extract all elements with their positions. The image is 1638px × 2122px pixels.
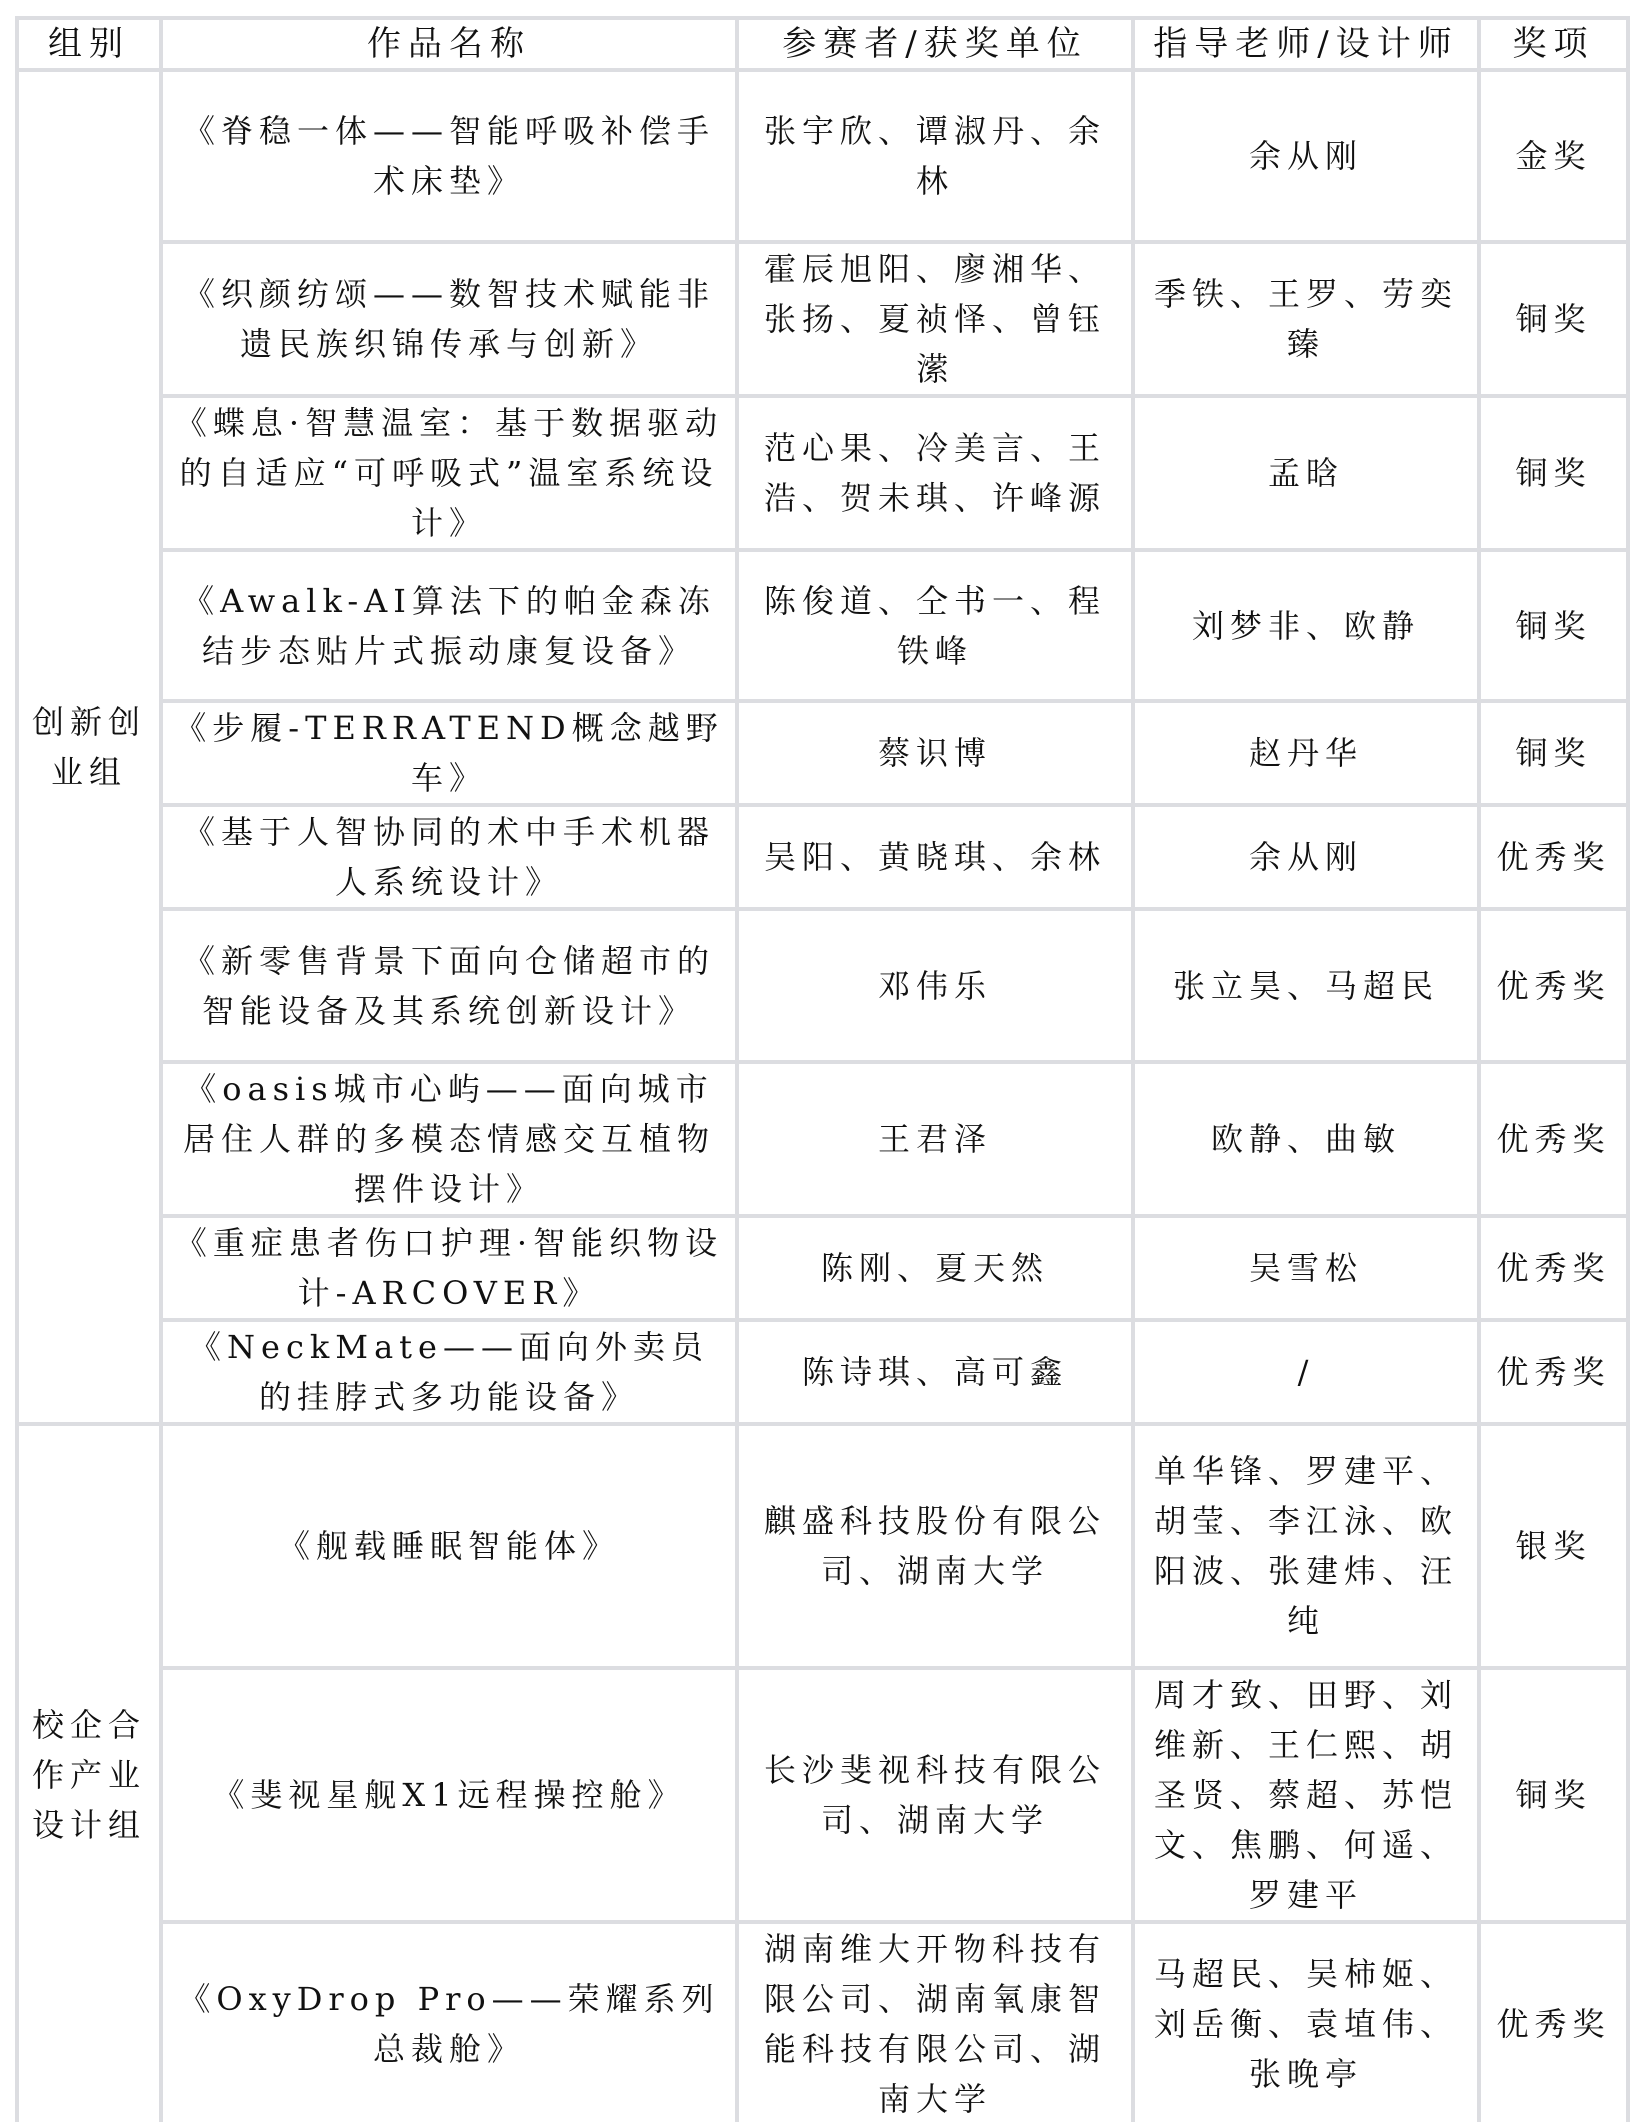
title-cell: 《织颜纺颂——数智技术赋能非遗民族织锦传承与创新》 [161,242,737,396]
table-row: 创新创业组 《脊稳一体——智能呼吸补偿手术床垫》 张宇欣、谭淑丹、余林 余从刚 … [17,70,1628,242]
table-row: 《Awalk-AI算法下的帕金森冻结步态贴片式振动康复设备》 陈俊道、仝书一、程… [17,550,1628,701]
entrant-cell: 陈诗琪、高可鑫 [737,1320,1133,1424]
entrant-cell: 蔡识博 [737,701,1133,805]
table-row: 《重症患者伤口护理·智能织物设计-ARCOVER》 陈刚、夏天然 吴雪松 优秀奖 [17,1216,1628,1320]
award-cell: 优秀奖 [1479,1062,1628,1216]
advisor-cell: / [1133,1320,1479,1424]
advisor-cell: 季铁、王罗、劳奕臻 [1133,242,1479,396]
table-row: 《新零售背景下面向仓储超市的智能设备及其系统创新设计》 邓伟乐 张立昊、马超民 … [17,909,1628,1062]
title-cell: 《舰载睡眠智能体》 [161,1424,737,1668]
advisor-cell: 孟晗 [1133,396,1479,550]
table-row: 《基于人智协同的术中手术机器人系统设计》 吴阳、黄晓琪、余林 余从刚 优秀奖 [17,805,1628,909]
awards-table: 组别 作品名称 参赛者/获奖单位 指导老师/设计师 奖项 创新创业组 《脊稳一体… [15,16,1630,2122]
award-cell: 优秀奖 [1479,805,1628,909]
header-row: 组别 作品名称 参赛者/获奖单位 指导老师/设计师 奖项 [17,18,1628,70]
advisor-cell: 欧静、曲敏 [1133,1062,1479,1216]
title-cell: 《斐视星舰X1远程操控舱》 [161,1668,737,1922]
entrant-cell: 长沙斐视科技有限公司、湖南大学 [737,1668,1133,1922]
table-row: 《斐视星舰X1远程操控舱》 长沙斐视科技有限公司、湖南大学 周才致、田野、刘维新… [17,1668,1628,1922]
title-cell: 《新零售背景下面向仓储超市的智能设备及其系统创新设计》 [161,909,737,1062]
award-cell: 优秀奖 [1479,1216,1628,1320]
title-cell: 《NeckMate——面向外卖员的挂脖式多功能设备》 [161,1320,737,1424]
title-cell: 《蝶息·智慧温室：基于数据驱动的自适应“可呼吸式”温室系统设计》 [161,396,737,550]
advisor-cell: 周才致、田野、刘维新、王仁熙、胡圣贤、蔡超、苏恺文、焦鹏、何遥、罗建平 [1133,1668,1479,1922]
entrant-cell: 王君泽 [737,1062,1133,1216]
advisor-cell: 余从刚 [1133,805,1479,909]
award-cell: 优秀奖 [1479,1320,1628,1424]
entrant-cell: 陈俊道、仝书一、程铁峰 [737,550,1133,701]
title-cell: 《基于人智协同的术中手术机器人系统设计》 [161,805,737,909]
title-cell: 《重症患者伤口护理·智能织物设计-ARCOVER》 [161,1216,737,1320]
award-cell: 银奖 [1479,1424,1628,1668]
advisor-cell: 刘梦非、欧静 [1133,550,1479,701]
title-cell: 《Awalk-AI算法下的帕金森冻结步态贴片式振动康复设备》 [161,550,737,701]
advisor-cell: 单华锋、罗建平、胡莹、李江泳、欧阳波、张建炜、汪纯 [1133,1424,1479,1668]
title-cell: 《脊稳一体——智能呼吸补偿手术床垫》 [161,70,737,242]
entrant-cell: 湖南维大开物科技有限公司、湖南氧康智能科技有限公司、湖南大学 [737,1922,1133,2122]
title-cell: 《OxyDrop Pro——荣耀系列总裁舱》 [161,1922,737,2122]
entrant-cell: 麒盛科技股份有限公司、湖南大学 [737,1424,1133,1668]
advisor-cell: 张立昊、马超民 [1133,909,1479,1062]
table-row: 《步履-TERRATEND概念越野车》 蔡识博 赵丹华 铜奖 [17,701,1628,805]
header-entrant: 参赛者/获奖单位 [737,18,1133,70]
header-group: 组别 [17,18,161,70]
entrant-cell: 霍辰旭阳、廖湘华、张扬、夏祯怿、曾钰潆 [737,242,1133,396]
entrant-cell: 邓伟乐 [737,909,1133,1062]
group-cell: 校企合作产业设计组 [17,1424,161,2122]
table-row: 《织颜纺颂——数智技术赋能非遗民族织锦传承与创新》 霍辰旭阳、廖湘华、张扬、夏祯… [17,242,1628,396]
award-cell: 优秀奖 [1479,1922,1628,2122]
entrant-cell: 吴阳、黄晓琪、余林 [737,805,1133,909]
header-title: 作品名称 [161,18,737,70]
advisor-cell: 吴雪松 [1133,1216,1479,1320]
table-row: 《oasis城市心屿——面向城市居住人群的多模态情感交互植物摆件设计》 王君泽 … [17,1062,1628,1216]
header-advisor: 指导老师/设计师 [1133,18,1479,70]
entrant-cell: 范心果、冷美言、王浩、贺未琪、许峰源 [737,396,1133,550]
advisor-cell: 赵丹华 [1133,701,1479,805]
table-row: 《NeckMate——面向外卖员的挂脖式多功能设备》 陈诗琪、高可鑫 / 优秀奖 [17,1320,1628,1424]
entrant-cell: 陈刚、夏天然 [737,1216,1133,1320]
award-cell: 铜奖 [1479,396,1628,550]
header-award: 奖项 [1479,18,1628,70]
title-cell: 《oasis城市心屿——面向城市居住人群的多模态情感交互植物摆件设计》 [161,1062,737,1216]
table-row: 《OxyDrop Pro——荣耀系列总裁舱》 湖南维大开物科技有限公司、湖南氧康… [17,1922,1628,2122]
table-row: 《蝶息·智慧温室：基于数据驱动的自适应“可呼吸式”温室系统设计》 范心果、冷美言… [17,396,1628,550]
advisor-cell: 余从刚 [1133,70,1479,242]
group-cell: 创新创业组 [17,70,161,1424]
award-cell: 铜奖 [1479,242,1628,396]
title-cell: 《步履-TERRATEND概念越野车》 [161,701,737,805]
entrant-cell: 张宇欣、谭淑丹、余林 [737,70,1133,242]
award-cell: 铜奖 [1479,550,1628,701]
award-cell: 金奖 [1479,70,1628,242]
award-cell: 铜奖 [1479,701,1628,805]
award-cell: 铜奖 [1479,1668,1628,1922]
award-cell: 优秀奖 [1479,909,1628,1062]
advisor-cell: 马超民、吴柿姬、刘岳衡、袁埴伟、张晚亭 [1133,1922,1479,2122]
table-row: 校企合作产业设计组 《舰载睡眠智能体》 麒盛科技股份有限公司、湖南大学 单华锋、… [17,1424,1628,1668]
